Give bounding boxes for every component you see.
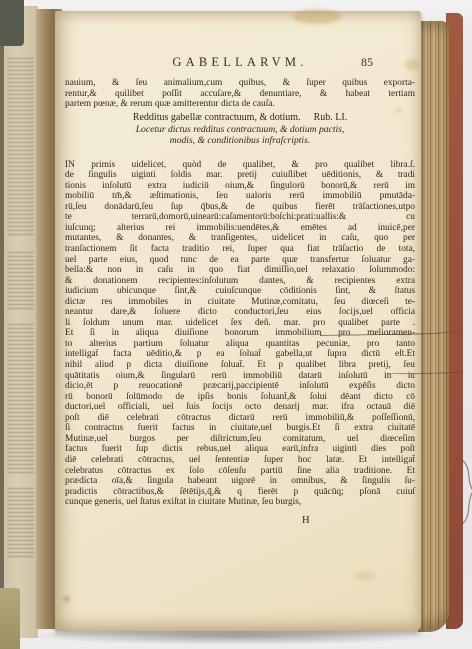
book-cover-corner-top-left — [0, 0, 24, 46]
text-line: rū,ſeu donādarū,ſeu ſup q̄bus,& de quibu… — [65, 202, 415, 213]
rubric-subheading-line: modis, & conditionibus infraſcriptis. — [65, 135, 415, 146]
edge-text-lines — [7, 488, 34, 558]
text-line: diē celebrati cōtractus, uel ſententiæ ſ… — [65, 455, 415, 466]
text-line: rentur,& quilibet poſſit accuſare,& denu… — [65, 89, 415, 100]
text-line: te terrarū,domorū,uinearū:caſamentorū:bo… — [65, 212, 415, 223]
text-line: ductori,uel officiali, uel ſuis ſocijs o… — [65, 402, 415, 413]
text-line: tranſactionem ſit facta traditio rei, ſu… — [65, 244, 415, 255]
foxing-stain — [293, 9, 341, 24]
text-line: mutantes, & donantes, & tranſigentes, ui… — [65, 233, 415, 244]
text-line: pradictis cōtractibus,& ſētētijs,q̄,& q … — [65, 487, 415, 498]
rubric-heading: Redditus gabellæ contractuum, & dotium.R… — [65, 112, 415, 123]
edge-text-lines — [7, 58, 34, 238]
running-header: GABELLARVM. 85 — [65, 56, 415, 68]
book-fore-edge-pages — [417, 21, 449, 632]
intro-paragraph: nauium, & ſeu animalium,cum quibus, & ſu… — [65, 78, 415, 110]
text-line: cunque generis, uel ſtatus exiſtat in ci… — [65, 497, 415, 508]
text-line: factus fuerit ſup dictis rebus,uel aliqu… — [65, 444, 415, 455]
text-line: ſi contractus fuerit factus in ciuitate,… — [65, 423, 415, 434]
book-page: GABELLARVM. 85 nauium, & ſeu animalium,c… — [55, 11, 421, 631]
text-line: IN primis uidelicet, quòd de qualibet, &… — [65, 160, 415, 171]
book-cover-corner-bottom-left — [0, 588, 20, 649]
text-line: intelligat̄ facta uēditio,& p ea ſoluat̄… — [65, 349, 415, 360]
text-line: dicio,ēt p reuocationē præcarij,paccipie… — [65, 381, 415, 392]
text-block: GABELLARVM. 85 nauium, & ſeu animalium,c… — [65, 56, 415, 526]
text-line: prædicta oīa,& ſingula habeant uigorē in… — [65, 476, 415, 487]
text-line: quātitatis oium,& ſingularū rerū immobil… — [65, 371, 415, 382]
text-line: nauium, & ſeu animalium,cum quibus, & ſu… — [65, 78, 415, 89]
text-line: neantur dare,& ſoluere dicto conductori,… — [65, 307, 415, 318]
text-line: to alterius partium ſoluatur aliqua quan… — [65, 339, 415, 350]
text-line: & donationem recipientes:inſolutum dante… — [65, 276, 415, 287]
text-line: nihil aliud p dicta diuiſione ſoluat̄. E… — [65, 360, 415, 371]
text-line: rū bonorū ſolūmodo de ipſis bonis ſoluan… — [65, 392, 415, 403]
ink-brace-annotation — [459, 459, 472, 525]
text-line: Mutinæ,uel burgos per diſtrictum,ſeu com… — [65, 434, 415, 445]
text-line: bella:& non in caſu in quo fiat dimiſſio… — [65, 265, 415, 276]
text-line: poſt diē celebrati cōtractus dictarū rer… — [65, 413, 415, 424]
text-line: dictæ res immobiles in ciuitate Mutinæ,c… — [65, 297, 415, 308]
edge-text-lines — [7, 252, 34, 312]
text-line: iuſcunq; alterius rei immobilis:uendētes… — [65, 223, 415, 234]
text-line: li ſoldum unum mar. uidelicet ſex deñ. m… — [65, 318, 415, 329]
foxing-stain — [63, 596, 70, 602]
text-line: tionis inſolutū extra iudiciū oium,& ſin… — [65, 181, 415, 192]
text-line: mobiliū tm̄,& æſtimationis, ſeu ualoris … — [65, 191, 415, 202]
rubric-title: Redditus gabellæ contractuum, & dotium. — [133, 112, 301, 123]
foxing-stain — [355, 571, 375, 581]
running-header-title: GABELLARVM. — [172, 55, 307, 69]
text-line: partem pœnæ, & rerum quæ amitterentur di… — [65, 99, 415, 110]
rubric-subheading-line: Locetur dictus redditus contractuum, & d… — [65, 124, 415, 135]
text-line: de ſingulis uiginti ſoldis mar. pretij c… — [65, 170, 415, 181]
text-line: uel parte eius, quod tunc de ea parte qu… — [65, 255, 415, 266]
edge-text-lines — [7, 324, 34, 474]
text-line: celebratus cōtractus ex ſolo cōſenſu par… — [65, 466, 415, 477]
signature-mark: H — [65, 515, 415, 526]
page-number: 85 — [361, 56, 373, 68]
text-line: iudicium ubicunque ſint,& cuiuſcunque cō… — [65, 286, 415, 297]
rubric-reference: Rub. LI. — [314, 112, 348, 123]
underlying-page-edge — [4, 6, 38, 638]
